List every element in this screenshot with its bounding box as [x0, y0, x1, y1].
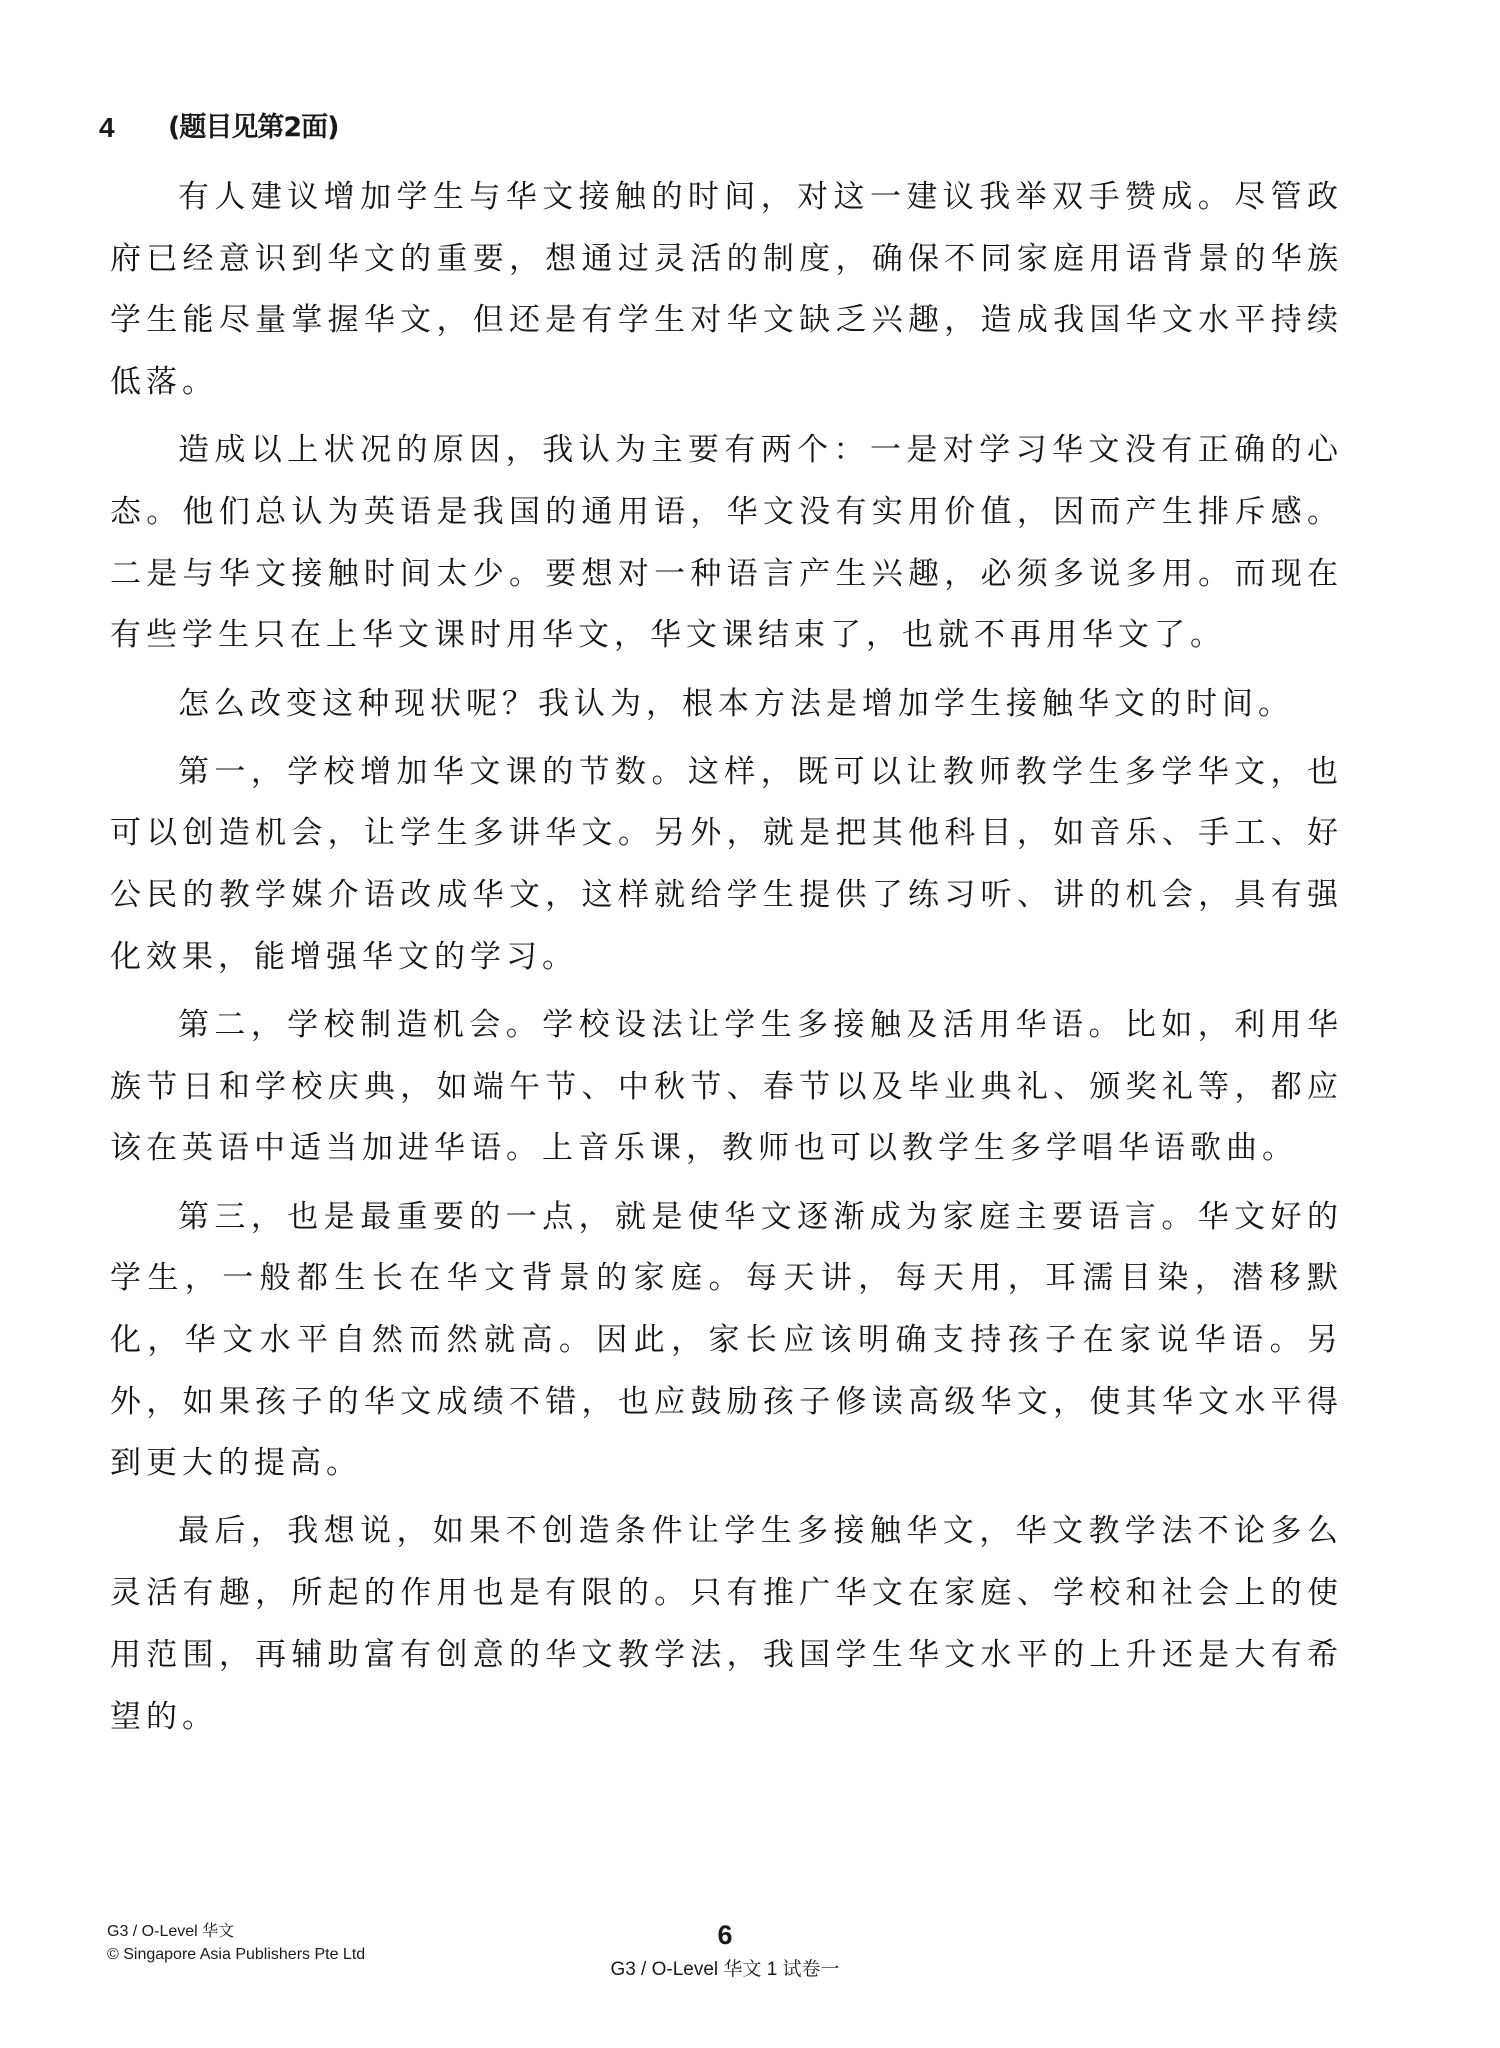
text-line: 态。他们总认为英语是我国的通用语，华文没有实用价值，因而产生排斥感。: [110, 482, 1338, 544]
text-line: 第二，学校制造机会。学校设法让学生多接触及活用华语。比如，利用华: [110, 995, 1338, 1057]
text-line: 府已经意识到华文的重要，想通过灵活的制度，确保不同家庭用语背景的华族: [110, 229, 1338, 291]
text-line: 化，华文水平自然而然就高。因此，家长应该明确支持孩子在家说华语。另: [110, 1310, 1338, 1372]
paragraph-5: 第二，学校制造机会。学校设法让学生多接触及活用华语。比如，利用华 族节日和学校庆…: [110, 995, 1338, 1180]
text-line: 化效果，能增强华文的学习。: [110, 927, 1338, 989]
text-line: 造成以上状况的原因，我认为主要有两个：一是对学习华文没有正确的心: [110, 420, 1338, 482]
paragraph-4: 第一，学校增加华文课的节数。这样，既可以让教师教学生多学华文，也 可以创造机会，…: [110, 742, 1338, 989]
text-line: 有人建议增加学生与华文接触的时间，对这一建议我举双手赞成。尽管政: [110, 167, 1338, 229]
document-page: 4 (题目见第2面) 有人建议增加学生与华文接触的时间，对这一建议我举双手赞成。…: [0, 0, 1500, 2048]
paper-title: G3 / O-Level 华文 1 试卷一: [520, 1957, 930, 1983]
text-line: 外，如果孩子的华文成绩不错，也应鼓励孩子修读高级华文，使其华文水平得: [110, 1372, 1338, 1434]
text-line: 公民的教学媒介语改成华文，这样就给学生提供了练习听、讲的机会，具有强: [110, 865, 1338, 927]
text-line: 二是与华文接触时间太少。要想对一种语言产生兴趣，必须多说多用。而现在: [110, 544, 1338, 606]
text-line: 族节日和学校庆典，如端午节、中秋节、春节以及毕业典礼、颁奖礼等，都应: [110, 1057, 1338, 1119]
paragraph-1: 有人建议增加学生与华文接触的时间，对这一建议我举双手赞成。尽管政 府已经意识到华…: [110, 167, 1338, 414]
text-line: 第三，也是最重要的一点，就是使华文逐渐成为家庭主要语言。华文好的: [110, 1187, 1338, 1249]
text-line: 怎么改变这种现状呢？我认为，根本方法是增加学生接触华文的时间。: [110, 674, 1338, 736]
paragraph-3: 怎么改变这种现状呢？我认为，根本方法是增加学生接触华文的时间。: [110, 674, 1338, 736]
question-number: 4: [99, 110, 115, 146]
text-line: 望的。: [110, 1687, 1338, 1749]
text-line: 用范围，再辅助富有创意的华文教学法，我国学生华文水平的上升还是大有希: [110, 1625, 1338, 1687]
question-reference: (题目见第2面): [168, 110, 338, 146]
footer-series: G3 / O-Level 华文: [107, 1920, 365, 1943]
text-line: 到更大的提高。: [110, 1433, 1338, 1495]
footer-copyright: © Singapore Asia Publishers Pte Ltd: [107, 1943, 365, 1966]
text-line: 有些学生只在上华文课时用华文，华文课结束了，也就不再用华文了。: [110, 605, 1338, 667]
paragraph-6: 第三，也是最重要的一点，就是使华文逐渐成为家庭主要语言。华文好的 学生，一般都生…: [110, 1187, 1338, 1495]
text-line: 该在英语中适当加进华语。上音乐课，教师也可以教学生多学唱华语歌曲。: [110, 1118, 1338, 1180]
text-line: 低落。: [110, 352, 1338, 414]
text-line: 最后，我想说，如果不创造条件让学生多接触华文，华文教学法不论多么: [110, 1501, 1338, 1563]
text-line: 学生能尽量掌握华文，但还是有学生对华文缺乏兴趣，造成我国华文水平持续: [110, 290, 1338, 352]
text-line: 灵活有趣，所起的作用也是有限的。只有推广华文在家庭、学校和社会上的使: [110, 1563, 1338, 1625]
text-line: 可以创造机会，让学生多讲华文。另外，就是把其他科目，如音乐、手工、好: [110, 803, 1338, 865]
paragraph-2: 造成以上状况的原因，我认为主要有两个：一是对学习华文没有正确的心 态。他们总认为…: [110, 420, 1338, 667]
text-line: 第一，学校增加华文课的节数。这样，既可以让教师教学生多学华文，也: [110, 742, 1338, 804]
text-line: 学生，一般都生长在华文背景的家庭。每天讲，每天用，耳濡目染，潜移默: [110, 1248, 1338, 1310]
essay-body: 有人建议增加学生与华文接触的时间，对这一建议我举双手赞成。尽管政 府已经意识到华…: [110, 167, 1338, 1755]
footer-publisher: G3 / O-Level 华文 © Singapore Asia Publish…: [107, 1920, 365, 1966]
page-number: 6: [600, 1917, 850, 1953]
paragraph-7: 最后，我想说，如果不创造条件让学生多接触华文，华文教学法不论多么 灵活有趣，所起…: [110, 1501, 1338, 1748]
